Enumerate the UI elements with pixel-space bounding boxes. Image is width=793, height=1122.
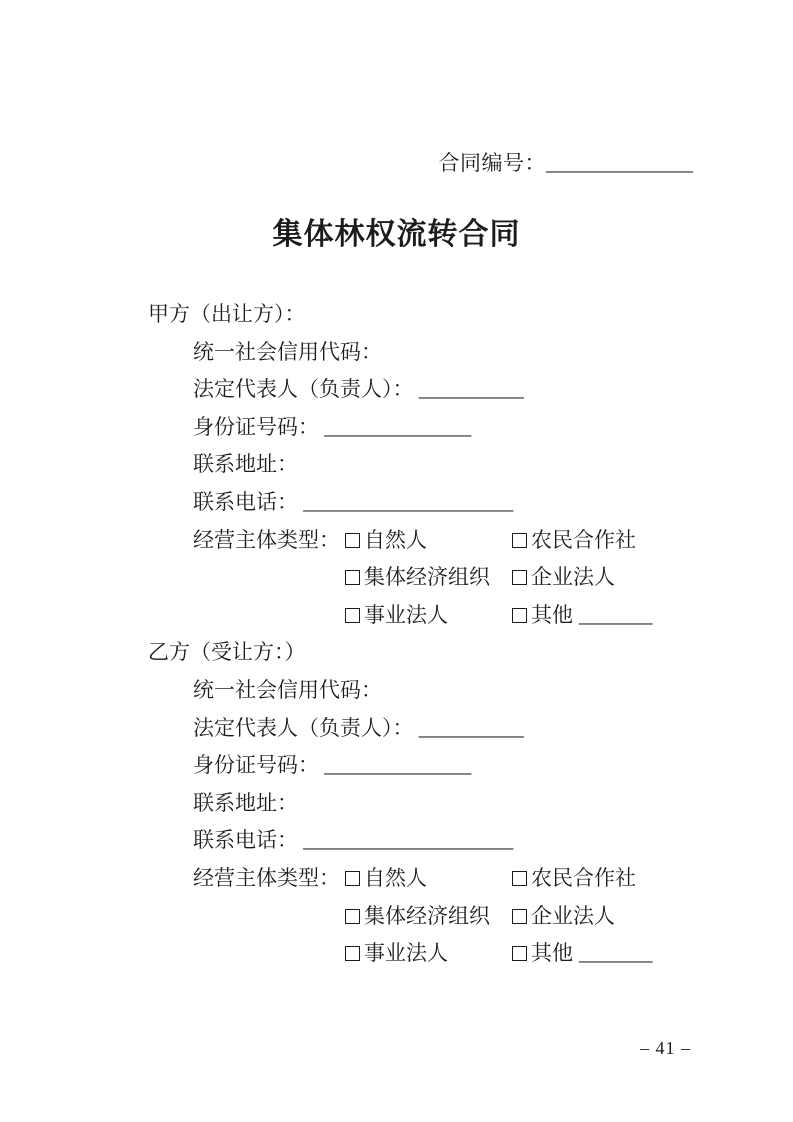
page-number: – 41 – [640, 1038, 691, 1059]
checkbox-icon[interactable] [345, 570, 360, 585]
checkbox-icon[interactable] [345, 871, 360, 886]
legal-rep-blank[interactable]: __________ [419, 377, 524, 401]
party-a-credit-code-row: 统一社会信用代码： [148, 334, 753, 372]
option-institution-legal-person[interactable]: 事业法人 [345, 597, 448, 635]
checkbox-icon[interactable] [512, 946, 527, 961]
party-a-heading: 甲方（出让方）： [148, 296, 753, 334]
option-enterprise-legal-person[interactable]: 企业法人 [512, 559, 615, 597]
id-number-label: 身份证号码： [193, 415, 319, 439]
id-number-blank[interactable]: ______________ [324, 415, 471, 439]
legal-rep-label: 法定代表人（负责人）： [193, 377, 414, 401]
option-natural-person[interactable]: 自然人 [345, 860, 427, 898]
party-b-id-number-row: 身份证号码： ______________ [148, 747, 753, 785]
option-other-blank[interactable]: _______ [579, 941, 653, 965]
checkbox-icon[interactable] [512, 909, 527, 924]
phone-label: 联系电话： [193, 490, 298, 514]
legal-rep-label: 法定代表人（负责人）： [193, 716, 414, 740]
option-label: 事业法人 [364, 941, 448, 965]
option-label: 企业法人 [531, 904, 615, 928]
party-b-entity-type-row-2: 集体经济组织 企业法人 [148, 898, 753, 936]
option-enterprise-legal-person[interactable]: 企业法人 [512, 898, 615, 936]
option-label: 事业法人 [364, 603, 448, 627]
option-label: 自然人 [364, 528, 427, 552]
option-farmer-coop[interactable]: 农民合作社 [512, 860, 636, 898]
option-other[interactable]: 其他_______ [512, 597, 653, 635]
legal-rep-blank[interactable]: __________ [419, 716, 524, 740]
option-other-blank[interactable]: _______ [579, 603, 653, 627]
contract-body: 甲方（出让方）： 统一社会信用代码： 法定代表人（负责人）： _________… [148, 296, 753, 973]
party-b-legal-rep-row: 法定代表人（负责人）： __________ [148, 710, 753, 748]
option-label: 农民合作社 [531, 528, 636, 552]
address-label: 联系地址： [193, 791, 298, 815]
checkbox-icon[interactable] [345, 608, 360, 623]
checkbox-icon[interactable] [512, 871, 527, 886]
document-page: 合同编号：______________ 集体林权流转合同 甲方（出让方）： 统一… [0, 0, 793, 1122]
credit-code-label: 统一社会信用代码： [193, 678, 382, 702]
id-number-blank[interactable]: ______________ [324, 753, 471, 777]
option-other[interactable]: 其他_______ [512, 935, 653, 973]
party-a-legal-rep-row: 法定代表人（负责人）： __________ [148, 371, 753, 409]
checkbox-icon[interactable] [512, 533, 527, 548]
address-label: 联系地址： [193, 452, 298, 476]
party-a-entity-type-row-1: 经营主体类型： 自然人 农民合作社 [148, 522, 753, 560]
id-number-label: 身份证号码： [193, 753, 319, 777]
option-farmer-coop[interactable]: 农民合作社 [512, 522, 636, 560]
checkbox-icon[interactable] [512, 608, 527, 623]
document-title: 集体林权流转合同 [0, 214, 793, 256]
phone-label: 联系电话： [193, 828, 298, 852]
checkbox-icon[interactable] [345, 909, 360, 924]
party-b-entity-type-row-3: 事业法人 其他_______ [148, 935, 753, 973]
party-a-entity-type-row-3: 事业法人 其他_______ [148, 597, 753, 635]
checkbox-icon[interactable] [345, 533, 360, 548]
party-a-address-row: 联系地址： [148, 446, 753, 484]
option-institution-legal-person[interactable]: 事业法人 [345, 935, 448, 973]
party-b-heading: 乙方（受让方：） [148, 634, 753, 672]
option-label: 自然人 [364, 866, 427, 890]
party-b-credit-code-row: 统一社会信用代码： [148, 672, 753, 710]
option-label: 其他 [531, 941, 573, 965]
checkbox-icon[interactable] [512, 570, 527, 585]
party-b-phone-row: 联系电话： ____________________ [148, 822, 753, 860]
credit-code-label: 统一社会信用代码： [193, 340, 382, 364]
phone-blank[interactable]: ____________________ [303, 828, 513, 852]
party-a-id-number-row: 身份证号码： ______________ [148, 409, 753, 447]
phone-blank[interactable]: ____________________ [303, 490, 513, 514]
party-b-entity-type-row-1: 经营主体类型： 自然人 农民合作社 [148, 860, 753, 898]
option-label: 农民合作社 [531, 866, 636, 890]
contract-number-label: 合同编号： [439, 151, 547, 175]
option-label: 集体经济组织 [364, 565, 490, 589]
contract-number-line: 合同编号：______________ [439, 149, 694, 177]
party-a-phone-row: 联系电话： ____________________ [148, 484, 753, 522]
entity-type-label: 经营主体类型： [193, 528, 340, 552]
option-label: 其他 [531, 603, 573, 627]
checkbox-icon[interactable] [345, 946, 360, 961]
option-label: 集体经济组织 [364, 904, 490, 928]
option-natural-person[interactable]: 自然人 [345, 522, 427, 560]
option-label: 企业法人 [531, 565, 615, 589]
party-a-entity-type-row-2: 集体经济组织 企业法人 [148, 559, 753, 597]
contract-number-blank[interactable]: ______________ [546, 151, 693, 175]
option-collective-economy-org[interactable]: 集体经济组织 [345, 898, 490, 936]
entity-type-label: 经营主体类型： [193, 866, 340, 890]
option-collective-economy-org[interactable]: 集体经济组织 [345, 559, 490, 597]
party-b-address-row: 联系地址： [148, 785, 753, 823]
